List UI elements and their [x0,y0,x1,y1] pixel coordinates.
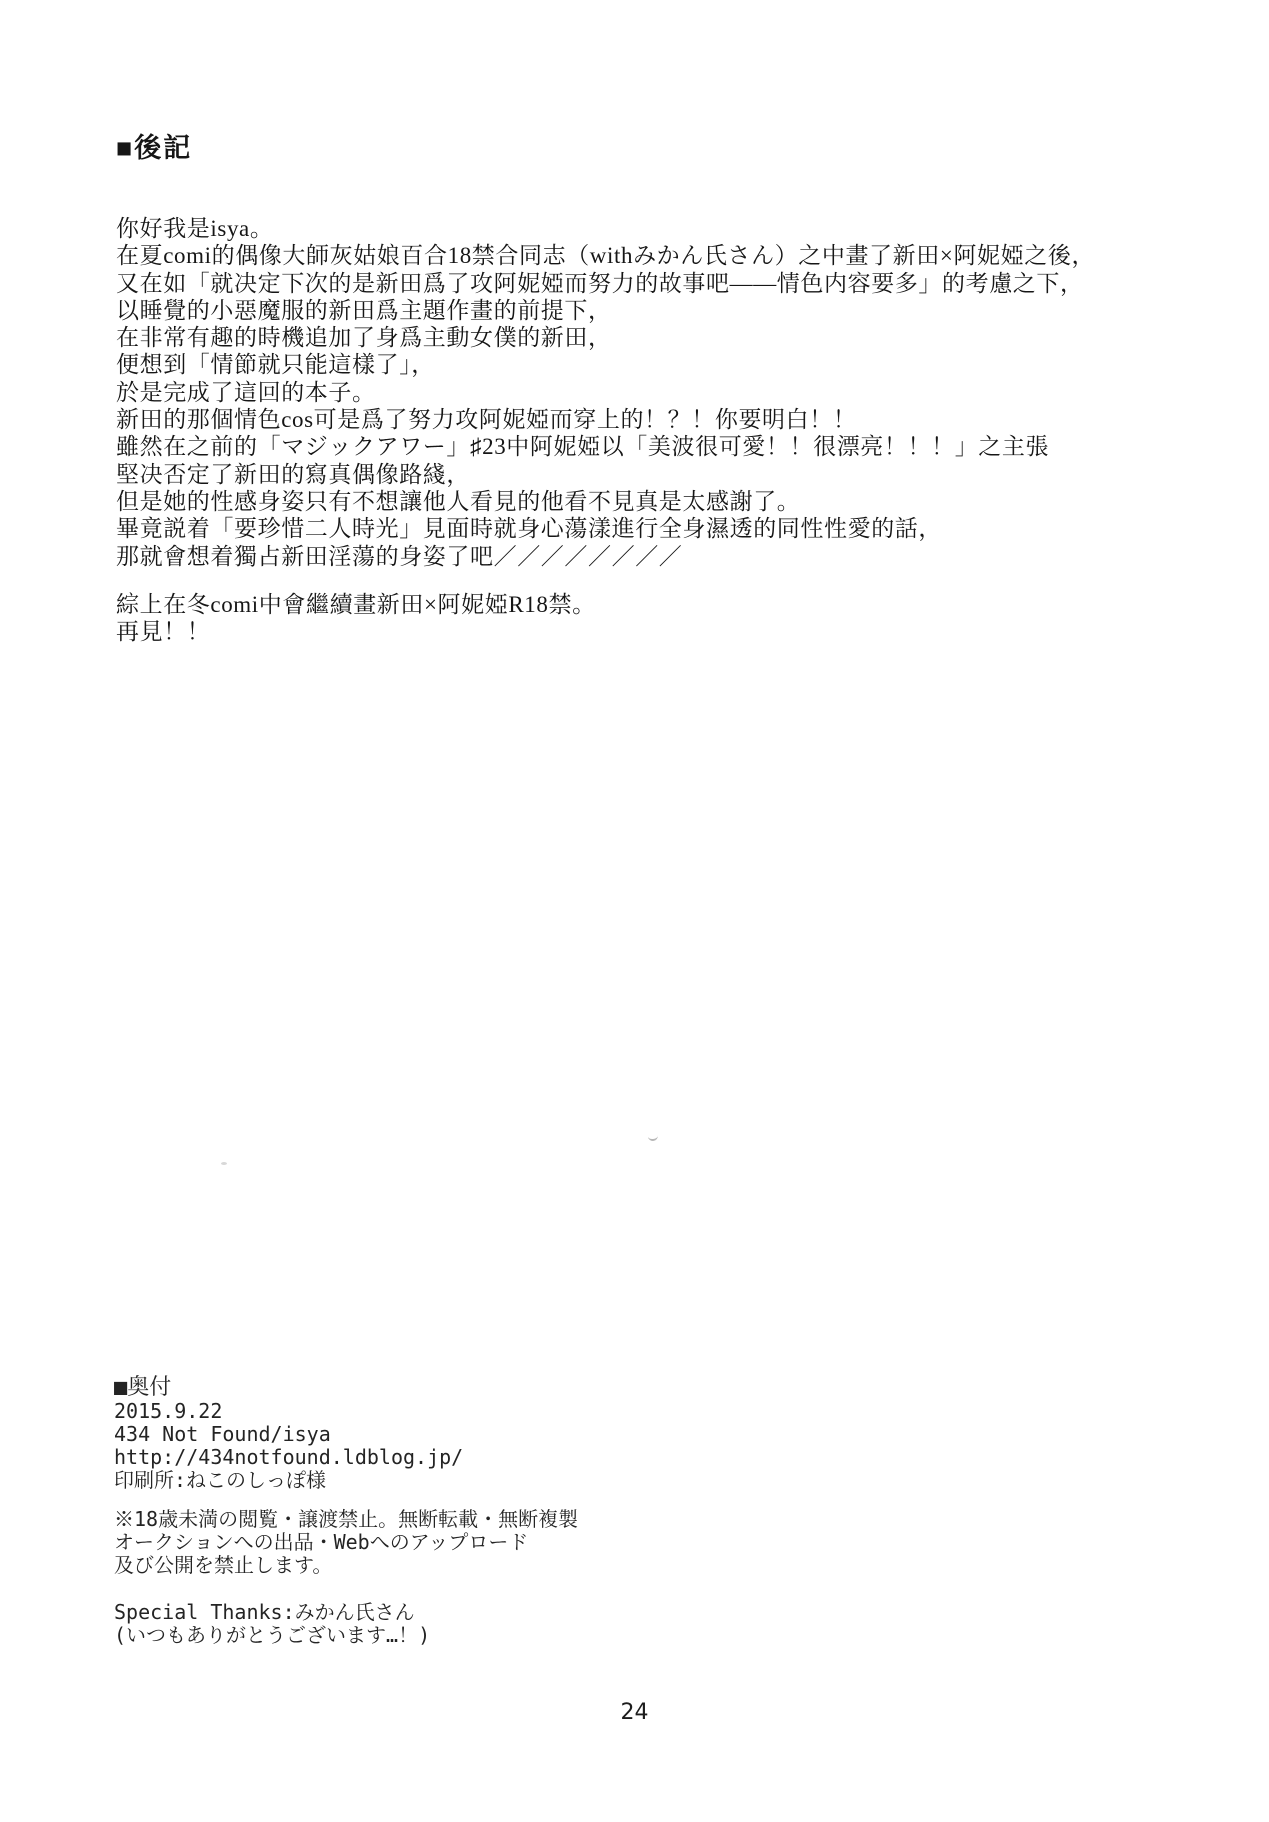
afterword-line: 再見！！ [116,618,1249,645]
afterword-line: 在非常有趣的時機追加了身爲主動女僕的新田， [116,324,1249,351]
colophon-url: http://434notfound.ldblog.jp/ [114,1446,578,1469]
afterword-line: 在夏comi的偶像大師灰姑娘百合18禁合同志（withみかん氏さん）之中畫了新田… [116,242,1249,269]
afterword-line: 於是完成了這回的本子。 [116,379,1249,406]
disclaimer-line: ※18歳未満の閲覧・譲渡禁止。無断転載・無断複製 [114,1508,578,1531]
afterword-line: 新田的那個情色cos可是爲了努力攻阿妮婭而穿上的！？！你要明白！！ [116,406,1249,433]
afterword-paragraph-1: 你好我是isya。 在夏comi的偶像大師灰姑娘百合18禁合同志（withみかん… [116,215,1249,570]
afterword-line: 雖然在之前的「マジックアワー」♯23中阿妮婭以「美波很可愛！！很漂亮！！！」之主… [116,433,1249,460]
scan-artifact-squiggle [648,1133,659,1141]
afterword-section: ■後記 你好我是isya。 在夏comi的偶像大師灰姑娘百合18禁合同志（wit… [116,126,1249,645]
colophon-circle-name: 434 Not Found/isya [114,1423,578,1446]
thanks-line: Special Thanks:みかん氏さん [114,1601,578,1624]
afterword-line: 又在如「就决定下次的是新田爲了攻阿妮婭而努力的故事吧——情色内容要多」的考慮之下… [116,270,1249,297]
scan-artifact-speck [221,1162,227,1165]
colophon-gap [114,1577,578,1601]
colophon-disclaimer: ※18歳未満の閲覧・譲渡禁止。無断転載・無断複製 オークションへの出品・Webへ… [114,1508,578,1577]
page-number: 24 [0,1700,1269,1725]
colophon-section: ■奥付 2015.9.22 434 Not Found/isya http://… [114,1376,578,1647]
afterword-line: 你好我是isya。 [116,215,1249,242]
colophon-gap [114,1492,578,1508]
colophon-thanks: Special Thanks:みかん氏さん (いつもありがとうございます…！) [114,1601,578,1647]
disclaimer-line: 及び公開を禁止します。 [114,1554,578,1577]
afterword-heading: ■後記 [116,126,1249,165]
thanks-line: (いつもありがとうございます…！) [114,1624,578,1647]
afterword-paragraph-2: 綜上在冬comi中會繼續畫新田×阿妮婭R18禁。 再見！！ [116,591,1249,646]
afterword-line: 堅决否定了新田的寫真偶像路綫， [116,461,1249,488]
afterword-line: 畢竟説着「要珍惜二人時光」見面時就身心蕩漾進行全身濕透的同性性愛的話， [116,515,1249,542]
afterword-line: 但是她的性感身姿只有不想讓他人看見的他看不見真是太感謝了。 [116,488,1249,515]
colophon-heading: ■奥付 [114,1376,578,1400]
paragraph-gap [116,570,1249,591]
afterword-line: 以睡覺的小惡魔服的新田爲主題作畫的前提下， [116,297,1249,324]
disclaimer-line: オークションへの出品・Webへのアップロード [114,1531,578,1554]
afterword-line: 綜上在冬comi中會繼續畫新田×阿妮婭R18禁。 [116,591,1249,618]
scanned-afterword-page: ■後記 你好我是isya。 在夏comi的偶像大師灰姑娘百合18禁合同志（wit… [0,0,1269,1822]
colophon-printer: 印刷所:ねこのしっぽ様 [114,1469,578,1492]
colophon-date: 2015.9.22 [114,1400,578,1423]
afterword-line: 便想到「情節就只能這樣了」， [116,351,1249,378]
afterword-line: 那就會想着獨占新田淫蕩的身姿了吧／／／／／／／／ [116,543,1249,570]
